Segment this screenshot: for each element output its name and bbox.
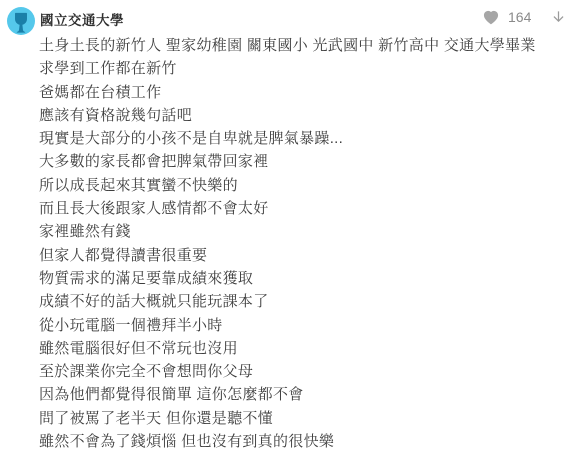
- comment-text-line: 所以成長起來其實蠻不快樂的: [39, 174, 561, 197]
- comment-meta: 164: [483, 9, 566, 25]
- comment-text-line: 現實是大部分的小孩不是自卑就是脾氣暴躁...: [39, 127, 561, 150]
- avatar[interactable]: [7, 7, 35, 35]
- comment-text-line: 因為他們都覺得很簡單 這你怎麼都不會: [39, 383, 561, 406]
- comment-text-line: 爸媽都在台積工作: [39, 81, 561, 104]
- comment-card: 國立交通大學 164 土身土長的新竹人 聖家幼稚園 關東國小 光武國中 新竹高中…: [0, 0, 567, 450]
- comment-text-line: 大多數的家長都會把脾氣帶回家裡: [39, 150, 561, 173]
- comment-text-line: 從小玩電腦一個禮拜半小時: [39, 314, 561, 337]
- comment-text-line: 求學到工作都在新竹: [39, 57, 561, 80]
- like-count: 164: [508, 9, 534, 25]
- comment-body: 土身土長的新竹人 聖家幼稚園 關東國小 光武國中 新竹高中 交通大學畢業求學到工…: [39, 34, 561, 450]
- comment-text-line: 而且長大後跟家人感情都不會太好: [39, 197, 561, 220]
- comment-text-line: 物質需求的滿足要靠成績來獲取: [39, 267, 561, 290]
- comment-text-line: 土身土長的新竹人 聖家幼稚園 關東國小 光武國中 新竹高中 交通大學畢業: [39, 34, 561, 57]
- author-school-name: 國立交通大學: [40, 9, 124, 29]
- comment-text-line: 至於課業你完全不會想問你父母: [39, 360, 561, 383]
- down-arrow-icon[interactable]: [551, 9, 566, 25]
- heart-icon[interactable]: [483, 10, 499, 25]
- comment-text-line: 但家人都覺得讀書很重要: [39, 244, 561, 267]
- comment-text-line: 問了被罵了老半天 但你還是聽不懂: [39, 407, 561, 430]
- comment-text-line: 成績不好的話大概就只能玩課本了: [39, 290, 561, 313]
- comment-text-line: 應該有資格說幾句話吧: [39, 104, 561, 127]
- comment-text-line: 雖然不會為了錢煩惱 但也沒有到真的很快樂: [39, 430, 561, 450]
- comment-text-line: 雖然電腦很好但不常玩也沒用: [39, 337, 561, 360]
- comment-text-line: 家裡雖然有錢: [39, 220, 561, 243]
- goblet-avatar-icon: [7, 7, 35, 35]
